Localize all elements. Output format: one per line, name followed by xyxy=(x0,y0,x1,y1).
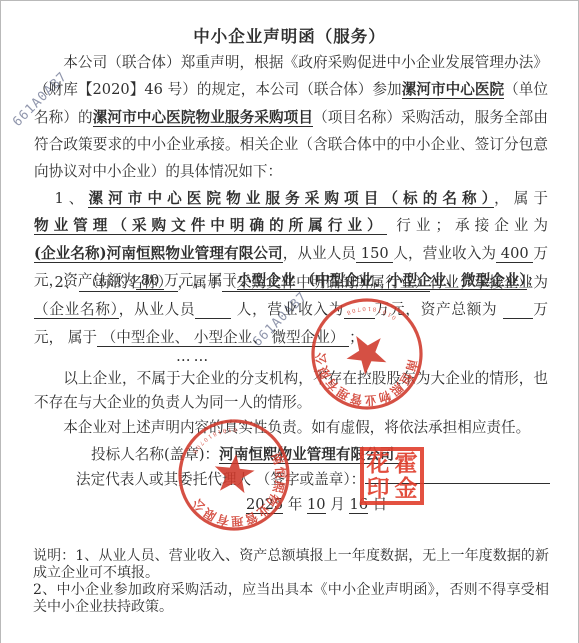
date-year: 2025 xyxy=(246,496,283,514)
month-unit: 月 xyxy=(326,496,350,513)
type-blank: （中型企业、 小型企业、 微型企业） xyxy=(97,329,349,347)
text-run: ，从业人员 xyxy=(119,301,196,318)
text-run: 万元，资产总额为 xyxy=(375,301,503,318)
undertaker-name: (企业名称)河南恒熙物业管理有限公司 xyxy=(34,245,283,263)
page-title: 中小企业声明函（服务） xyxy=(1,23,578,47)
note-1: 说明：1、从业人员、营业收入、资产总额填报上一年度数据，无上一年度数据的新成立企… xyxy=(33,548,549,582)
assets-blank xyxy=(503,301,534,319)
text-run: ，属于 xyxy=(178,274,222,291)
item-number: 1、 xyxy=(54,190,88,207)
date-line: 2025 年 10 月 16 日 xyxy=(34,493,579,517)
note-2: 2、中小企业参加政府采购活动，应当出具本《中小企业声明函》，否则不得享受相关中小… xyxy=(33,582,549,616)
date-day: 16 xyxy=(349,496,368,514)
purchaser-name: 漯河市中心医院 xyxy=(402,81,504,99)
agent-label: 法定代表人或其委托代理人 （签字或盖章）： xyxy=(76,471,365,488)
item-2-paragraph: 2、 （标的名称） ，属于（采购文件中明确的所属行业）行业；承接企业为（企业名称… xyxy=(34,269,548,351)
text-run: 行业；承接企业为 xyxy=(387,217,548,234)
industry-name: 物业管理（采购文件中明确的所属行业） xyxy=(34,217,387,235)
date-month: 10 xyxy=(307,496,326,514)
signature-blank xyxy=(365,469,550,484)
bidder-company-name: 河南恒熙物业管理有限公司 xyxy=(219,446,408,464)
ellipsis-line: …… xyxy=(34,347,548,367)
text-run: 行业；承接企业为 xyxy=(430,274,548,291)
notes-section: 说明：1、从业人员、营业收入、资产总额填报上一年度数据，无上一年度数据的新成立企… xyxy=(33,548,549,616)
day-unit: 日 xyxy=(368,496,387,513)
enterprise-name-blank: （企业名称） xyxy=(34,301,119,319)
project-name: 漯河市中心医院物业服务采购项目 xyxy=(93,109,313,127)
subject-name-blank: （标的名称） xyxy=(79,274,178,292)
revenue-blank xyxy=(344,301,375,319)
year-unit: 年 xyxy=(283,496,307,513)
subject-name: 漯河市中心医院物业服务采购项目（标的名称） xyxy=(88,190,494,208)
industry-blank: （采购文件中明确的所属行业） xyxy=(222,274,430,292)
text-run: ； xyxy=(349,329,364,346)
item-number: 2、 xyxy=(54,274,78,291)
employee-count: 150 xyxy=(356,245,393,263)
text-run: ，从业人员 xyxy=(283,245,356,262)
no-large-enterprise-paragraph: 以上企业，不属于大企业的分支机构，不存在控股股东为大企业的情形，也不存在与大企业… xyxy=(34,367,548,414)
text-run: 人，营业收入为 xyxy=(393,245,496,262)
agent-signature-line: 法定代表人或其委托代理人 （签字或盖章）： xyxy=(34,468,579,492)
text-run: ，属于 xyxy=(494,190,548,207)
intro-paragraph: 本公司（联合体）郑重声明，根据《政府采购促进中小企业发展管理办法》（财库【202… xyxy=(34,49,548,185)
responsibility-paragraph: 本企业对上述声明内容的真实性负责。如有虚假，将依法承担相应责任。 xyxy=(34,416,548,440)
employee-blank xyxy=(195,301,231,319)
text-run: 人，营业收入为 xyxy=(231,301,344,318)
bidder-label: 投标人名称(盖章)： xyxy=(91,446,219,463)
document-page: 661A0AB7 661A0AB7 中小企业声明函（服务） 本公司（联合体）郑重… xyxy=(0,0,579,643)
bidder-signature-line: 投标人名称(盖章)：河南恒熙物业管理有限公司 xyxy=(34,443,579,467)
revenue-value: 400 xyxy=(496,245,533,263)
